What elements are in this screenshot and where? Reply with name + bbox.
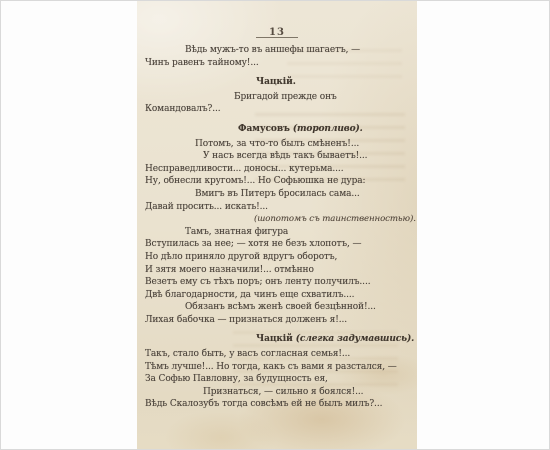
verse-line: Обязанъ всѣмъ женѣ своей безцѣнной!... (185, 301, 417, 314)
speaker-heading: Чацкій (слегка задумавшись). (256, 333, 417, 346)
verse-line: Несправедливости... доносы... кутерьма..… (145, 163, 417, 176)
verse-line: Потомъ, за что-то былъ смѣненъ!... (195, 138, 417, 151)
verse-line: Признаться, — сильно я боялся!... (203, 386, 417, 399)
verse-line: Давай просить... искать!... (145, 201, 417, 214)
verse-line: И зятя моего назначили!... отмѣнно (145, 264, 417, 277)
stage-direction-inline: (торопливо). (293, 124, 363, 134)
verse-line: Командовалъ?... (145, 103, 417, 116)
verse-line: Вѣдь Скалозубъ тогда совсѣмъ ей не былъ … (145, 398, 417, 411)
verse-line: Вѣдь мужъ-то въ аншефы шагаетъ, — (185, 44, 417, 57)
screenshot-frame: 13 Вѣдь мужъ-то въ аншефы шагаетъ, —Чинъ… (0, 0, 550, 450)
verse-line: За Софью Павловну, за будущность ея, (145, 373, 417, 386)
speaker-name: Фамусовъ (238, 124, 290, 134)
verse-line: Вмигъ въ Питеръ бросилась сама... (195, 188, 417, 201)
verse-line: Вступилась за нее; — хотя не безъ хлопот… (145, 238, 417, 251)
stage-direction-inline: (слегка задумавшись). (296, 334, 414, 344)
verse-line: Бригадой прежде онъ (234, 91, 417, 104)
speaker-heading: Фамусовъ (торопливо). (238, 123, 417, 136)
verse-line: Тѣмъ лучше!... Но тогда, какъ съ вами я … (145, 361, 417, 374)
page-text: Вѣдь мужъ-то въ аншефы шагаетъ, —Чинъ ра… (137, 44, 417, 411)
verse-line: Тамъ, знатная фигура (185, 226, 417, 239)
verse-line: Ну, обнесли кругомъ!... Но Софьюшка не д… (145, 175, 417, 188)
verse-line: Чинъ равенъ тайному!... (145, 57, 417, 70)
speaker-name: Чацкій. (256, 77, 296, 87)
speaker-heading: Чацкій. (256, 76, 417, 89)
speaker-name: Чацкій (256, 334, 293, 344)
verse-line: Но дѣло приняло другой вдругъ оборотъ, (145, 251, 417, 264)
verse-line: Лихая бабочка — признаться долженъ я!... (145, 314, 417, 327)
page-number-rule (256, 37, 298, 38)
stage-direction-line: (шопотомъ съ таинственностью). (254, 213, 417, 226)
book-page-photo: 13 Вѣдь мужъ-то въ аншефы шагаетъ, —Чинъ… (137, 1, 417, 450)
verse-line: Двѣ благодарности, да чинъ еще схватилъ.… (145, 289, 417, 302)
verse-line: Такъ, стало быть, у васъ согласная семья… (145, 348, 417, 361)
verse-line: У насъ всегда вѣдь такъ бываетъ!... (203, 150, 417, 163)
verse-line: Везетъ ему съ тѣхъ поръ; онъ ленту получ… (145, 276, 417, 289)
